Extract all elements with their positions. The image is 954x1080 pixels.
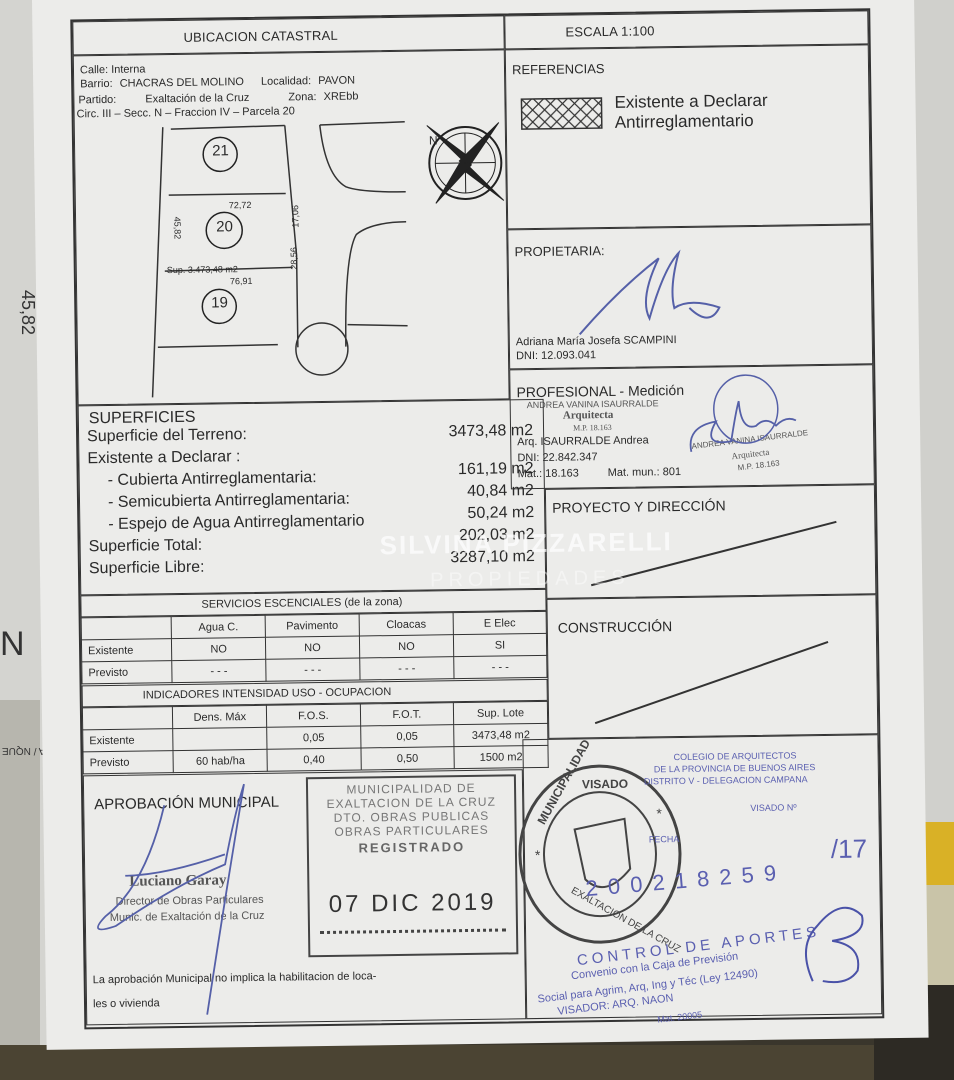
lot-21-label: 21	[212, 142, 229, 159]
dim-right-top-label: 17,06	[290, 205, 300, 228]
table-cell: - - -	[360, 657, 454, 680]
propietaria-section: PROPIETARIA: Adriana María Josefa SCAMPI…	[507, 224, 873, 369]
colegio-line2: DE LA PROVINCIA DE BUENOS AIRES	[654, 762, 816, 774]
fecha-label: FECHA	[649, 834, 680, 844]
legend-line1: Existente a Declarar	[614, 91, 767, 113]
superficie-label: - Espejo de Agua Antirreglamentario	[108, 512, 364, 534]
table-cell: 0,05	[360, 725, 454, 748]
lot-19-label: 19	[211, 294, 228, 311]
table-cell: Existente	[81, 639, 172, 662]
table-cell: Previsto	[82, 661, 173, 684]
table-header-cell	[81, 617, 172, 640]
escala-header-cell: ESCALA 1:100	[504, 10, 868, 49]
profesional-title: PROFESIONAL - Medición	[516, 382, 684, 400]
professional-mat-mun: Mat. mun.: 801	[608, 466, 682, 479]
visado-initial-signature-icon	[791, 885, 872, 986]
servicios-table: Agua C.PavimentoCloacasE ElecExistenteNO…	[81, 611, 548, 684]
dim-bottom-label: 76,91	[230, 276, 253, 286]
superficie-label: Existente a Declarar :	[87, 448, 240, 468]
table-cell: 0,05	[267, 726, 361, 749]
lot-area-label: Sup. 3.473,48 m2	[167, 264, 238, 275]
visador-mat: Mat. 20005	[657, 1009, 703, 1024]
stamp-mp: M.P. 18.163	[573, 423, 612, 433]
superficie-label: - Cubierta Antirreglamentaria:	[108, 469, 317, 490]
owner-signature-icon	[569, 247, 730, 339]
superficies-section: SUPERFICIES Superficie del Terreno:3473,…	[78, 399, 547, 595]
owner-name: Adriana María Josefa SCAMPINI	[516, 334, 677, 348]
indicadores-title: INDICADORES INTENSIDAD USO - OCUPACION	[143, 686, 392, 701]
visado-n-label: VISADO Nº	[750, 802, 796, 813]
lot-map	[135, 112, 509, 407]
table-header-cell: Sup. Lote	[453, 701, 547, 724]
svg-text:*: *	[656, 805, 662, 821]
registro-dotted-line	[320, 928, 506, 934]
table-header-cell: F.O.T.	[360, 703, 454, 726]
background-table-surface	[0, 1045, 954, 1080]
zona-label: Zona:	[288, 91, 316, 103]
table-cell: NO	[265, 636, 360, 659]
servicios-title: SERVICIOS ESCENCIALES (de la zona)	[201, 596, 402, 611]
visado-section: * * MUNICIPALIDAD EXALTACION DE LA CRUZ …	[522, 734, 882, 1019]
table-header-cell: Cloacas	[359, 613, 453, 636]
table-header-cell: Pavimento	[265, 614, 360, 637]
referencias-section: REFERENCIAS Existente a Declarar Antirre…	[505, 44, 871, 229]
superficie-label: Superficie Libre:	[89, 559, 205, 579]
north-label: N	[429, 133, 438, 147]
registro-line4: OBRAS PARTICULARES	[309, 822, 515, 839]
superficie-label: Superficie del Terreno:	[87, 426, 247, 446]
watermark-line1: SILVINA PIZZARELLI	[379, 526, 673, 561]
superficie-label: - Semicubierta Antirreglamentaria:	[108, 491, 350, 512]
table-cell: - - -	[454, 655, 547, 678]
side-dimension-label: 45,82	[17, 290, 38, 335]
dim-left-label: 45,82	[172, 217, 182, 240]
ubicacion-section: Calle: Interna Barrio: CHACRAS DEL MOLIN…	[73, 49, 510, 405]
partido-value: Exaltación de la Cruz	[145, 92, 249, 105]
registro-date: 07 DIC 2019	[309, 888, 515, 919]
stamp-role: Arquitecta	[563, 409, 614, 422]
table-header-cell: Dens. Máx	[173, 705, 267, 728]
aprobacion-section: APROBACIÓN MUNICIPAL Luciano Garay Direc…	[83, 769, 526, 1025]
legend-line2: Antirreglamentario	[615, 111, 754, 133]
dim-top-label: 72,72	[229, 200, 252, 210]
superficie-label: Superficie Total:	[89, 537, 203, 557]
professional-signature-icon	[680, 370, 811, 472]
crosshatch-legend-icon	[520, 97, 602, 130]
colegio-line1: COLEGIO DE ARQUITECTOS	[674, 750, 797, 762]
table-header-cell: F.O.S.	[266, 704, 360, 727]
side-n-label: N	[0, 625, 25, 664]
localidad-label: Localidad:	[261, 75, 311, 88]
superficie-value: 3473,48 m2	[448, 422, 533, 441]
lot-20-label: 20	[216, 218, 233, 235]
document-frame: UBICACION CATASTRAL ESCALA 1:100 Calle: …	[70, 8, 884, 1029]
calle-text: Calle: Interna	[80, 63, 146, 76]
table-cell: 60 hab/ha	[173, 749, 267, 772]
owner-dni: DNI: 12.093.041	[516, 349, 596, 362]
municipal-signature-icon	[84, 774, 287, 1027]
visado-label: VISADO	[582, 777, 628, 792]
colegio-line3: DISTRITO V - DELEGACION CAMPANA	[644, 774, 808, 786]
partido-row: Partido: Exaltación de la Cruz Zona: XRE…	[78, 90, 358, 106]
superficie-value: 161,19 m2	[458, 460, 534, 479]
table-cell: NO	[172, 637, 266, 660]
construccion-strike-line	[588, 636, 849, 730]
construccion-section: CONSTRUCCIÓN	[546, 594, 878, 739]
superficies-title: SUPERFICIES	[89, 409, 196, 428]
table-cell: Previsto	[83, 751, 174, 774]
table-cell: NO	[359, 635, 453, 658]
escala-label: ESCALA 1:100	[565, 23, 654, 39]
approval-note-line2: les o vivienda	[93, 997, 160, 1010]
document-sheet: UBICACION CATASTRAL ESCALA 1:100 Calle: …	[32, 0, 929, 1050]
referencias-title: REFERENCIAS	[512, 61, 605, 77]
background-left-lower	[0, 700, 40, 1080]
table-header-cell: E Elec	[453, 611, 546, 634]
localidad-value: PAVON	[318, 74, 355, 87]
approval-note-line1: La aprobación Municipal no implica la ha…	[93, 970, 377, 986]
table-header-cell: Agua C.	[172, 615, 266, 638]
table-cell: SI	[453, 633, 546, 656]
superficie-value: 40,84 m2	[467, 482, 534, 501]
table-cell: Existente	[83, 729, 174, 752]
proyecto-title: PROYECTO Y DIRECCIÓN	[552, 497, 726, 515]
construccion-title: CONSTRUCCIÓN	[558, 618, 673, 636]
barrio-value: CHACRAS DEL MOLINO	[120, 76, 244, 90]
partido-label: Partido:	[78, 94, 116, 107]
table-cell: - - -	[265, 658, 360, 681]
zona-value: XREbb	[324, 90, 359, 102]
registro-stamp: MUNICIPALIDAD DE EXALTACION DE LA CRUZ D…	[306, 774, 518, 957]
watermark-line2: PROPIEDADES	[430, 567, 630, 593]
profesional-section: PROFESIONAL - Medición ANDREA VANINA ISA…	[509, 364, 875, 489]
registro-line5: REGISTRADO	[309, 838, 515, 856]
barrio-label: Barrio:	[80, 78, 113, 90]
ubicacion-title: UBICACION CATASTRAL	[183, 28, 337, 45]
dim-right-bottom-label: 28,56	[289, 247, 299, 270]
indicadores-table: Dens. MáxF.O.S.F.O.T.Sup. LoteExistente0…	[82, 701, 549, 774]
table-cell	[173, 727, 267, 750]
table-cell: - - -	[172, 659, 266, 682]
table-header-cell	[82, 707, 173, 730]
barrio-row: Barrio: CHACRAS DEL MOLINO Localidad: PA…	[80, 74, 355, 90]
visado-number-suffix: /17	[831, 833, 868, 865]
table-cell: 0,50	[361, 747, 455, 770]
svg-text:*: *	[535, 847, 541, 863]
superficie-value: 50,24 m2	[467, 504, 534, 523]
table-cell: 0,40	[267, 748, 361, 771]
